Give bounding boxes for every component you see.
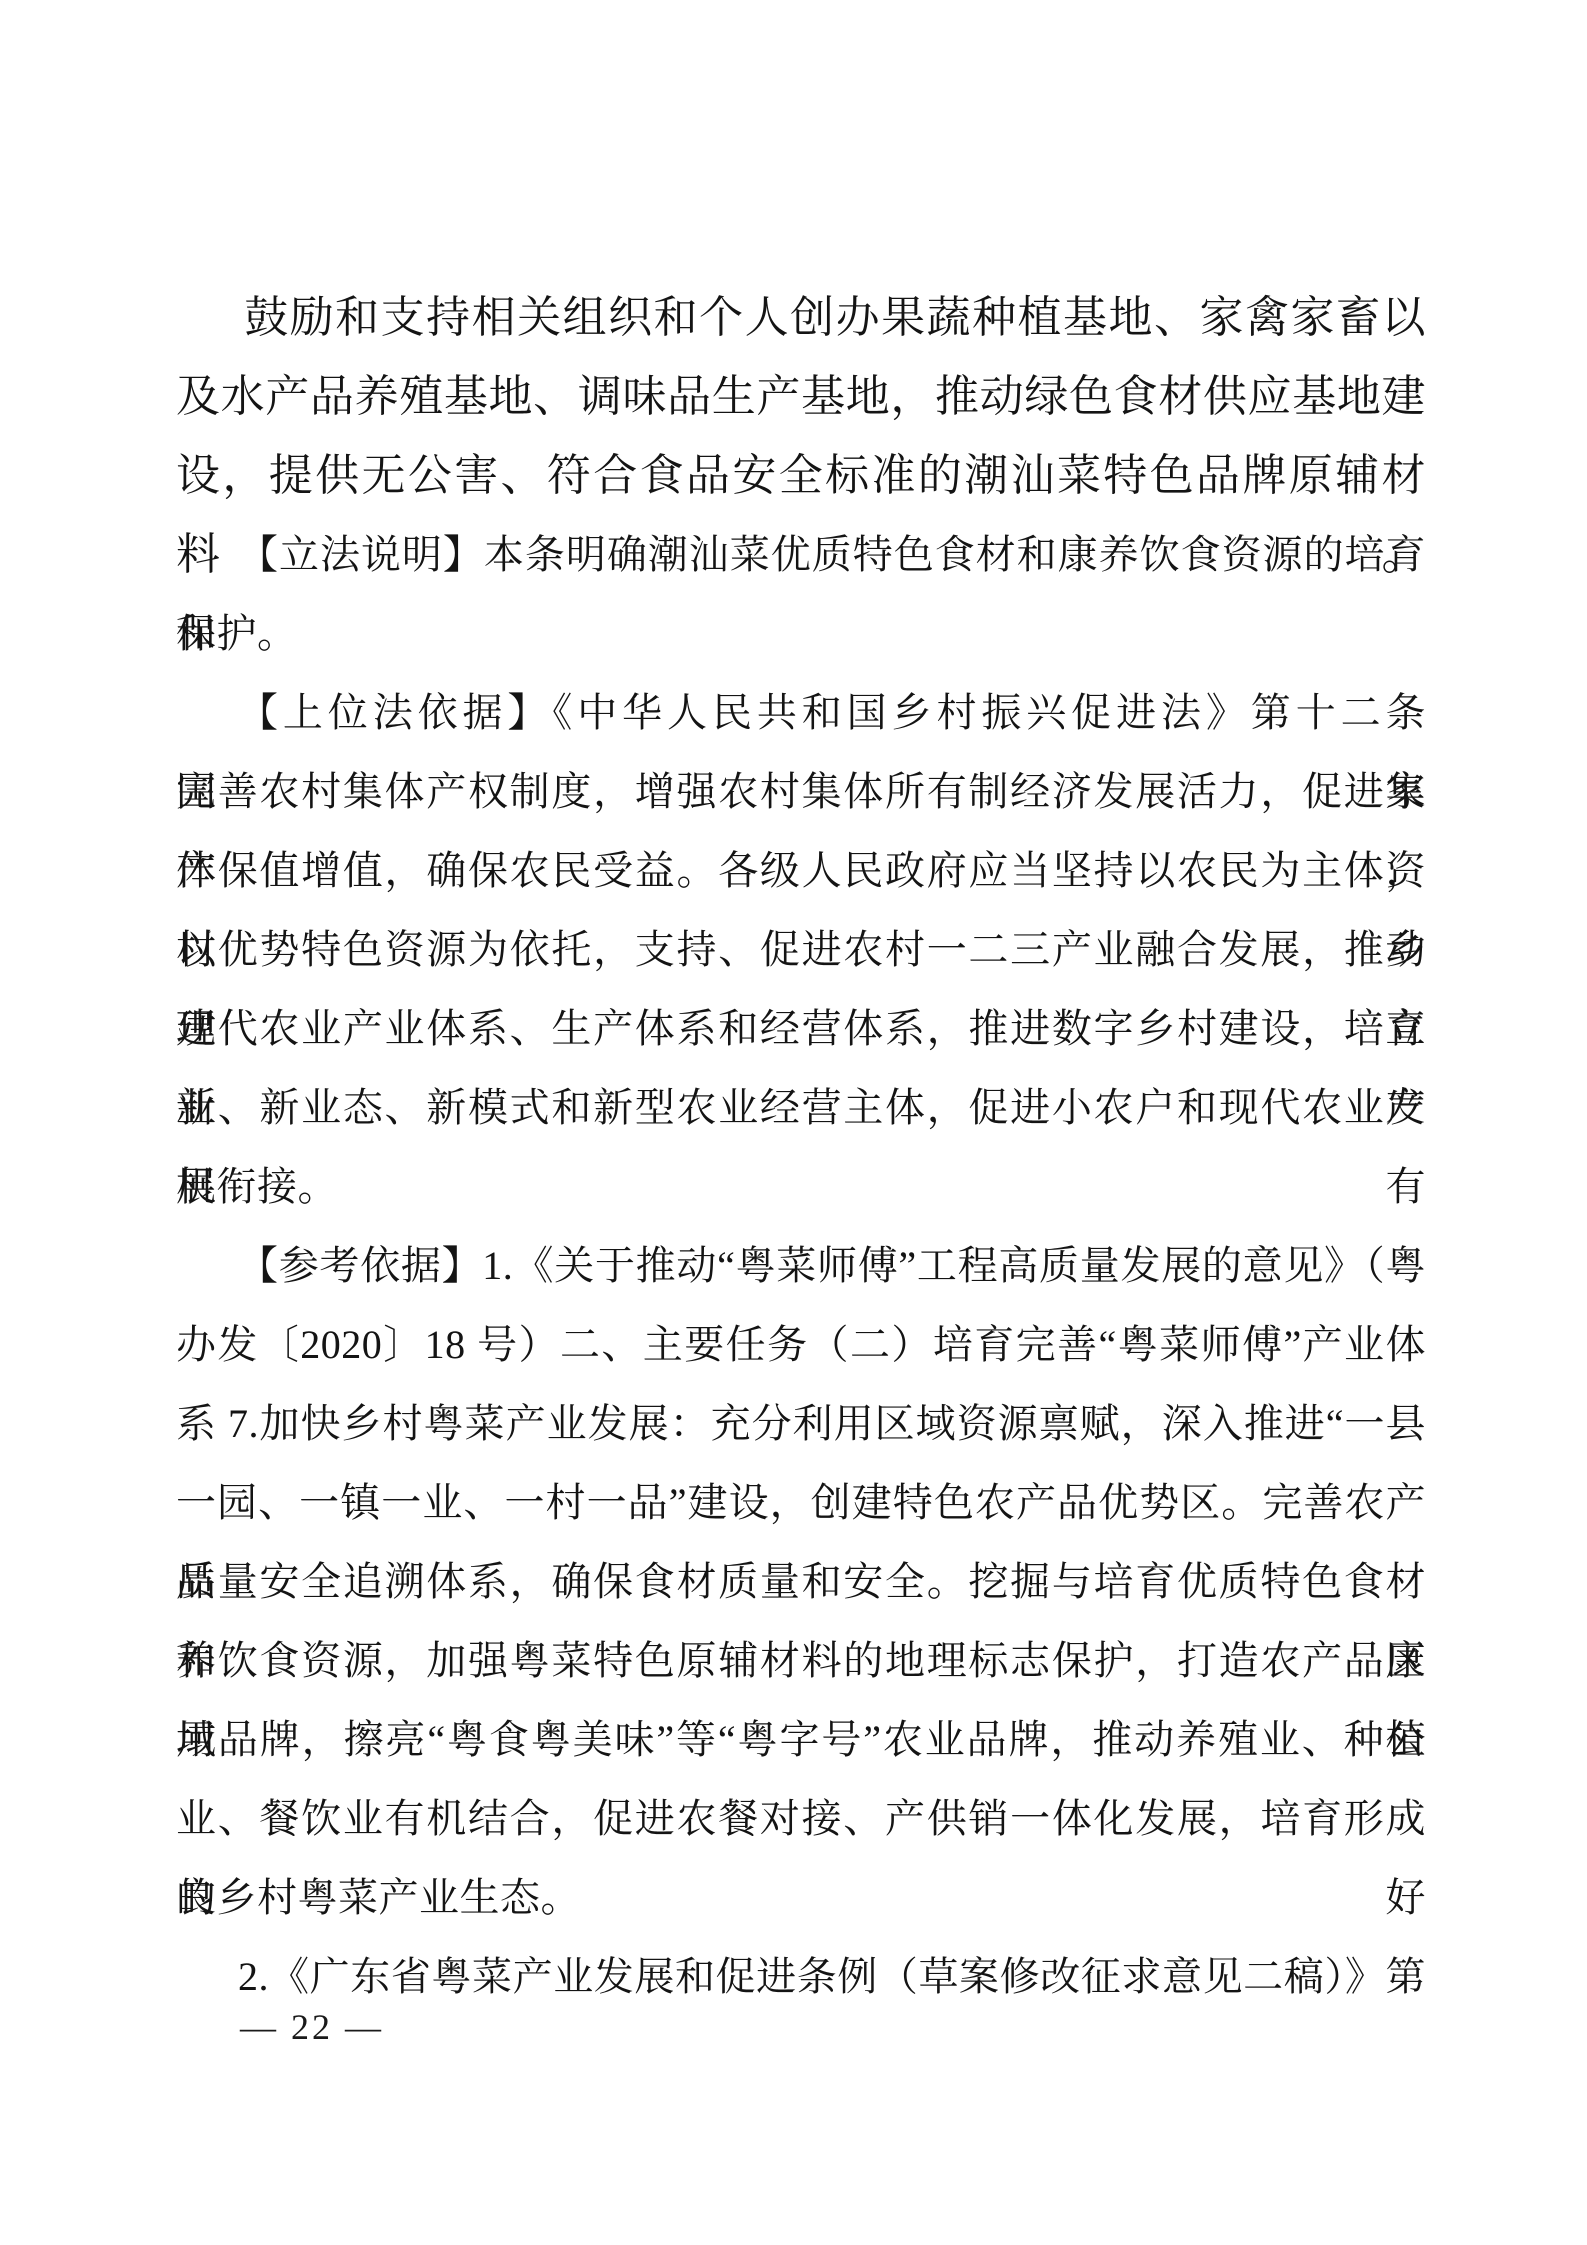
document-line: 业、新业态、新模式和新型农业经营主体，促进小农户和现代农业发展有 <box>176 1068 1426 1147</box>
document-line: 鼓励和支持相关组织和个人创办果蔬种植基地、家禽家畜以 <box>176 278 1426 357</box>
document-body: 鼓励和支持相关组织和个人创办果蔬种植基地、家禽家畜以 及水产品养殖基地、调味品生… <box>176 278 1426 2016</box>
document-line: 质量安全追溯体系，确保食材质量和安全。挖掘与培育优质特色食材和康 <box>176 1542 1426 1621</box>
document-line: 一园、一镇一业、一村一品”建设，创建特色农产品优势区。完善农产品 <box>176 1463 1426 1542</box>
document-line: 现代农业产业体系、生产体系和经营体系，推进数字乡村建设，培育新产 <box>176 989 1426 1068</box>
page-number: — 22 — <box>240 1996 384 2058</box>
document-page: 鼓励和支持相关组织和个人创办果蔬种植基地、家禽家畜以 及水产品养殖基地、调味品生… <box>0 0 1587 2245</box>
document-line: 用品牌，擦亮“粤食粤美味”等“粤字号”农业品牌，推动养殖业、种植 <box>176 1700 1426 1779</box>
document-line: 【上位法依据】《中华人民共和国乡村振兴促进法》第十二条 国家 <box>176 673 1426 752</box>
document-line: 及水产品养殖基地、调味品生产基地，推动绿色食材供应基地建 <box>176 357 1426 436</box>
document-line: 系 7.加快乡村粤菜产业发展：充分利用区域资源禀赋，深入推进“一县 <box>176 1384 1426 1463</box>
document-line: 业、餐饮业有机结合，促进农餐对接、产供销一体化发展，培育形成良好 <box>176 1779 1426 1858</box>
document-line: 养饮食资源，加强粤菜特色原辅材料的地理标志保护，打造农产品区域公 <box>176 1621 1426 1700</box>
document-line: 设，提供无公害、符合食品安全标准的潮汕菜特色品牌原辅材料。 <box>176 436 1426 515</box>
document-line: 保护。 <box>176 594 1426 673</box>
document-line: 办发〔2020〕18 号）二、主要任务（二）培育完善“粤菜师傅”产业体 <box>176 1305 1426 1384</box>
document-line: 【参考依据】1.《关于推动“粤菜师傅”工程高质量发展的意见》（粤 <box>176 1226 1426 1305</box>
document-line: 产保值增值，确保农民受益。各级人民政府应当坚持以农民为主体，以乡 <box>176 831 1426 910</box>
document-line: 完善农村集体产权制度，增强农村集体所有制经济发展活力，促进集体资 <box>176 752 1426 831</box>
document-line: 【立法说明】本条明确潮汕菜优质特色食材和康养饮食资源的培育和 <box>176 515 1426 594</box>
document-line: 村优势特色资源为依托，支持、促进农村一二三产业融合发展，推动建立 <box>176 910 1426 989</box>
